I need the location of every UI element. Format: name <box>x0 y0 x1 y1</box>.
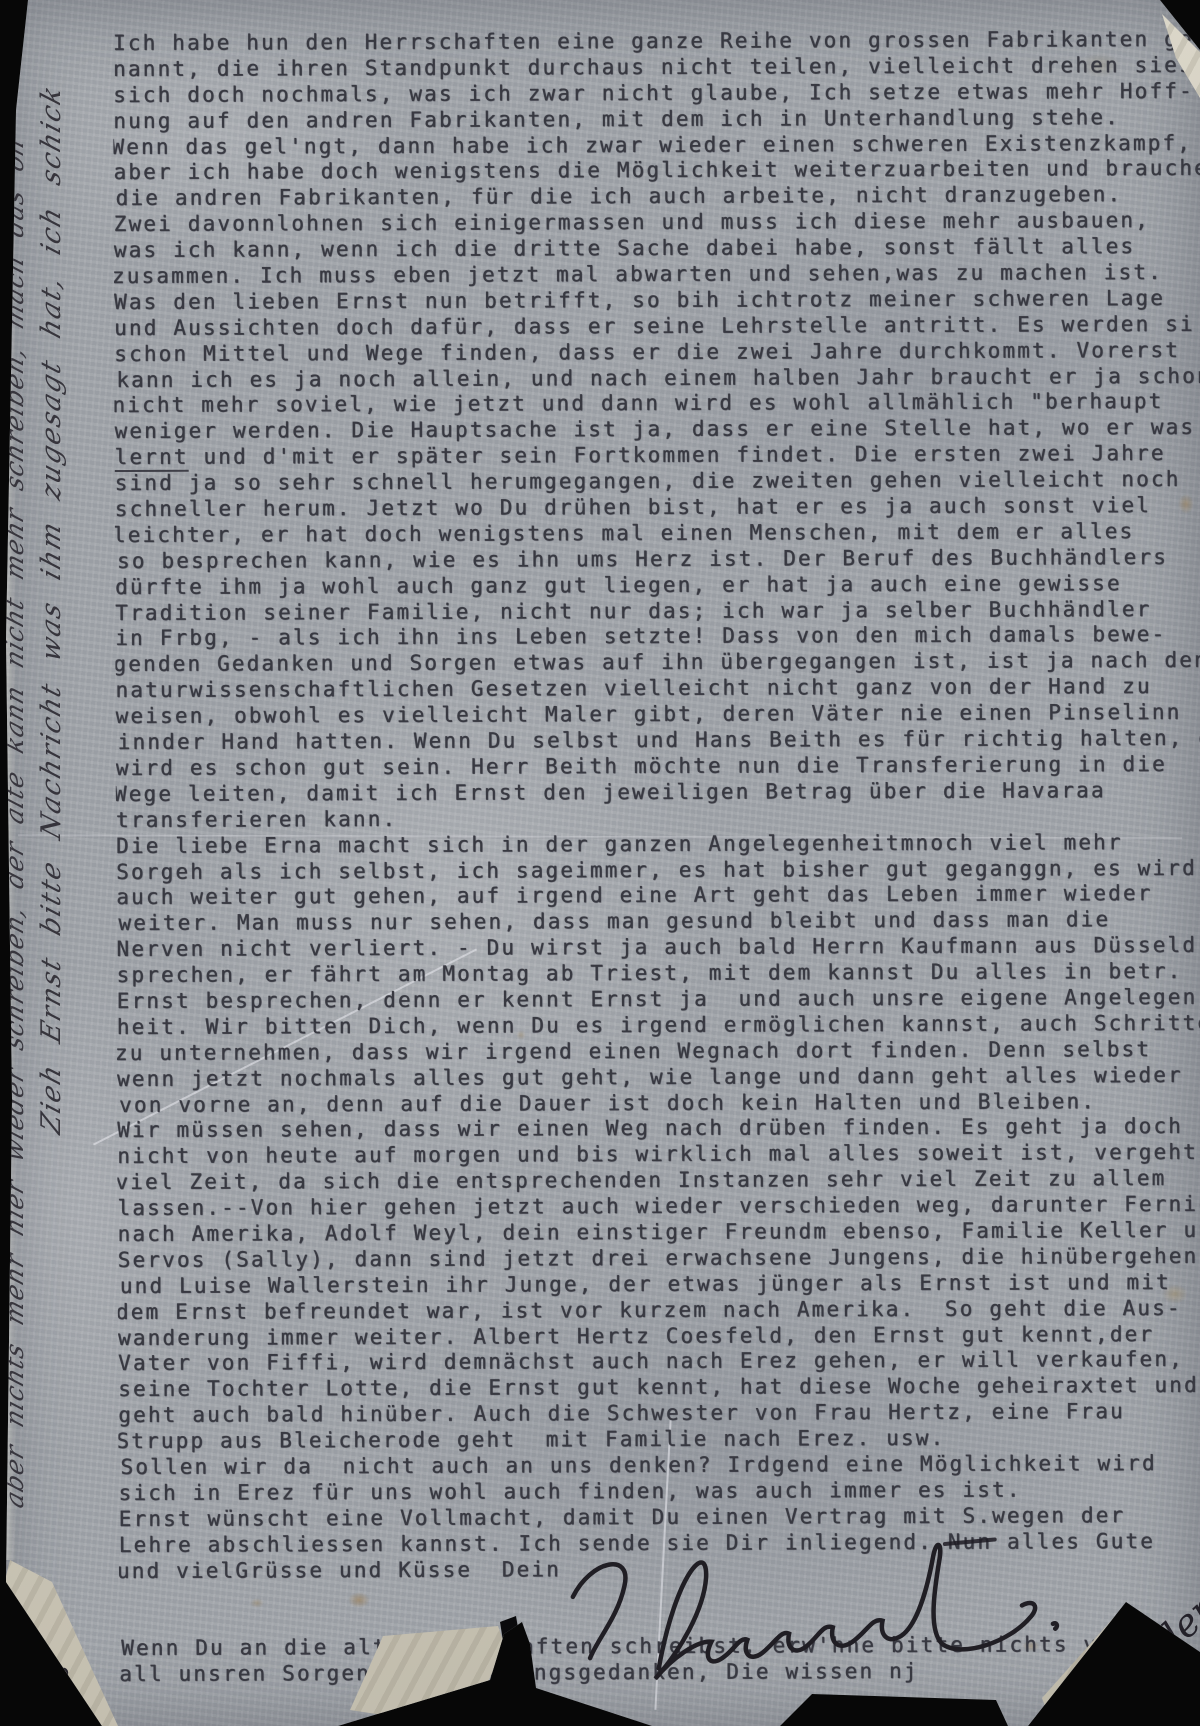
typed-line: sprechen, er fährt am Montag ab Triest, … <box>117 959 1200 989</box>
typed-line: weiter. Man muss nur sehen, dass man ges… <box>118 907 1200 937</box>
typed-line: viel Zeit, da sich die entsprechenden In… <box>115 1166 1200 1196</box>
typed-line: dem Ernst befreundet war, ist vor kurzem… <box>116 1295 1200 1325</box>
typed-line: Sollen wir da nicht auch an uns denken? … <box>120 1451 1200 1481</box>
typed-line: Die liebe Erna macht sich in der ganzen … <box>116 829 1200 859</box>
typed-line: Wenn das gel'ngt, dann habe ich zwar wie… <box>113 130 1198 160</box>
typed-line: nannt, die ihren Standpunkt durchaus nic… <box>113 53 1200 83</box>
typed-line: zusammen. Ich muss eben jetzt mal abwart… <box>113 260 1199 290</box>
typed-line: lassen.--Von hier gehen jetzt auch wiede… <box>117 1192 1200 1222</box>
typed-line: die andren Fabrikanten, für die ich auch… <box>116 182 1200 212</box>
marginalia-handwriting-inner: Zieh Ernst bitte Nachricht was ihm zuges… <box>36 83 67 1138</box>
typed-line: nach Amerika, Adolf Weyl, dein einstiger… <box>118 1218 1200 1248</box>
corner-scribble-left: Gruß <box>16 1657 77 1726</box>
typed-line: zu unternehmen, dass wir irgend einen We… <box>115 1037 1200 1067</box>
typed-line: Ernst besprechen, denn er kennt Ernst ja… <box>117 985 1200 1015</box>
typed-line: Wege leiten, damit ich Ernst den jeweili… <box>114 778 1200 808</box>
typed-line: so besprechen kann, wie es ihn ums Herz … <box>117 545 1200 575</box>
typed-line: sich doch nochmals, was ich zwar nicht g… <box>113 79 1200 109</box>
letter-paper: Ich habe hun den Herrschaften eine ganze… <box>0 0 1200 1726</box>
signature-richard <box>560 1532 1080 1692</box>
typed-line: innder Hand hatten. Wenn Du selbst und H… <box>118 726 1200 756</box>
typed-line: von vorne an, denn auf die Dauer ist doc… <box>119 1088 1200 1118</box>
typed-line: genden Gedanken und Sorgen etwas auf ihn… <box>113 648 1200 678</box>
typed-line: nicht mehr soviel, wie jetzt und dann wi… <box>113 389 1199 419</box>
typed-line: und Aussichten doch dafür, dass er seine… <box>114 312 1200 342</box>
typed-line: dürfte ihm ja wohl auch ganz gut liegen,… <box>115 571 1200 601</box>
typed-line: Ich habe hun den Herrschaften eine ganze… <box>113 27 1200 57</box>
marginalia-handwriting-outer: aber nichts mehr hier wieder schreiben, … <box>0 137 29 1511</box>
typed-text-block: Ich habe hun den Herrschaften eine ganze… <box>113 27 1200 1688</box>
scanned-letter-page: Ich habe hun den Herrschaften eine ganze… <box>0 0 1200 1726</box>
typed-line: Ernst wünscht eine Vollmacht, damit Du e… <box>119 1503 1200 1533</box>
typed-line: Was den lieben Ernst nun betrifft, so bi… <box>114 286 1200 316</box>
